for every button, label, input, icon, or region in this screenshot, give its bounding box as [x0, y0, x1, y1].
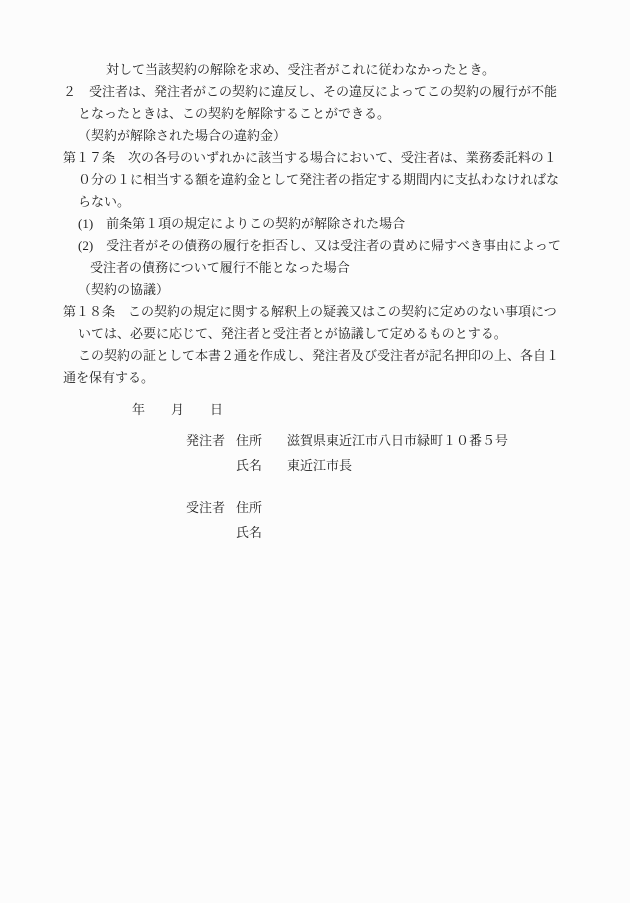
- contract-line: ２ 受注者は、発注者がこの契約に違反し、その違反によってこの契約の履行が不能: [63, 81, 583, 103]
- article-17-item-1: (1) 前条第１項の規定によりこの契約が解除された場合: [63, 213, 583, 235]
- orderer-name-value: 東近江市長: [287, 453, 352, 478]
- contract-date-line: 年 月 日: [63, 399, 583, 421]
- article-18-line: 第１８条 この契約の規定に関する解釈上の疑義又はこの契約に定めのない事項につ: [63, 301, 583, 323]
- article-18-line: いては、必要に応じて、発注者と受注者とが協議して定めるものとする。: [63, 323, 583, 345]
- orderer-party-spacer: [186, 453, 236, 478]
- article-17-line: ０分の１に相当する額を違約金として発注者の指定する期間内に支払わなければな: [63, 169, 583, 191]
- contract-text-block: 対して当該契約の解除を求め、受注者がこれに従わなかったとき。 ２ 受注者は、発注…: [63, 59, 583, 545]
- article-17-item-2: (2) 受注者がその債務の履行を拒否し、又は受注者の責めに帰すべき事由によって: [63, 235, 583, 257]
- article-17-heading: （契約が解除された場合の違約金）: [63, 125, 583, 147]
- orderer-party-label: 発注者: [186, 428, 236, 453]
- orderer-address-label: 住所: [236, 428, 287, 453]
- closing-clause-line: 通を保有する。: [63, 367, 583, 389]
- orderer-address-row: 発注者 住所 滋賀県東近江市八日市緑町１０番５号: [63, 428, 583, 453]
- contractor-name-row: 氏名: [63, 520, 583, 545]
- orderer-name-label: 氏名: [236, 453, 287, 478]
- contractor-party-spacer: [186, 520, 236, 545]
- article-17-line: 第１７条 次の各号のいずれかに該当する場合において、受注者は、業務委託料の１: [63, 147, 583, 169]
- contract-document-page: 対して当該契約の解除を求め、受注者がこれに従わなかったとき。 ２ 受注者は、発注…: [0, 0, 630, 903]
- orderer-name-row: 氏名 東近江市長: [63, 453, 583, 478]
- article-18-heading: （契約の協議）: [63, 279, 583, 301]
- article-17-line: らない。: [63, 191, 583, 213]
- contract-line: 対して当該契約の解除を求め、受注者がこれに従わなかったとき。: [63, 59, 583, 81]
- contractor-address-label: 住所: [236, 495, 287, 520]
- contract-line: となったときは、この契約を解除することができる。: [63, 103, 583, 125]
- closing-clause-line: この契約の証として本書２通を作成し、発注者及び受注者が記名押印の上、各自１: [63, 345, 583, 367]
- contractor-address-row: 受注者 住所: [63, 495, 583, 520]
- contractor-name-label: 氏名: [236, 520, 287, 545]
- contractor-party-label: 受注者: [186, 495, 236, 520]
- article-17-item-2-continued: 受注者の債務について履行不能となった場合: [63, 257, 583, 279]
- orderer-address-value: 滋賀県東近江市八日市緑町１０番５号: [287, 428, 508, 453]
